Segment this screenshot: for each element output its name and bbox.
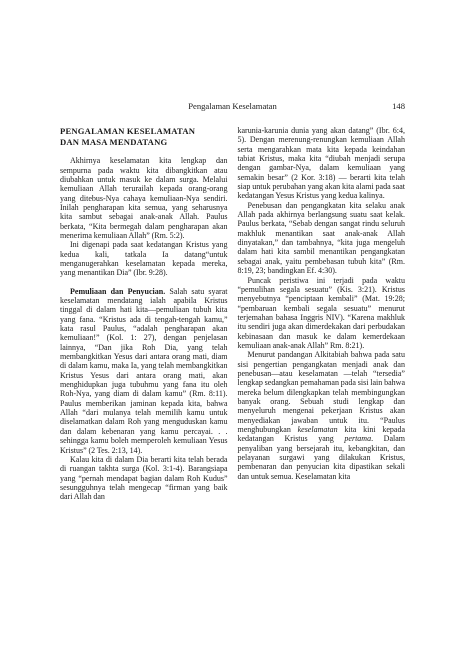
- page-number: 148: [392, 100, 405, 112]
- column-left: PENGALAMAN KESELAMATAN DAN MASA MENDATAN…: [60, 126, 228, 502]
- paragraph: Ini digenapi pada saat kedatangan Kristu…: [60, 240, 228, 277]
- section-heading: PENGALAMAN KESELAMATAN DAN MASA MENDATAN…: [60, 126, 228, 147]
- column-left-paragraphs: Akhirnya keselamatan kita lengkap dan se…: [60, 156, 228, 501]
- section-heading-line1: PENGALAMAN KESELAMATAN: [60, 126, 195, 136]
- paragraph: karunia-karunia dunia yang akan datang” …: [238, 126, 406, 201]
- text-columns: PENGALAMAN KESELAMATAN DAN MASA MENDATAN…: [60, 126, 405, 502]
- running-header: Pengalaman Keselamatan 148: [60, 100, 405, 112]
- section-heading-line2: DAN MASA MENDATANG: [60, 137, 167, 147]
- book-page: Pengalaman Keselamatan 148 PENGALAMAN KE…: [0, 0, 460, 650]
- paragraph: Kalau kita di dalam Dia berarti kita tel…: [60, 455, 228, 502]
- paragraph: Pemuliaan dan Penyucian. Salah satu syar…: [60, 287, 228, 455]
- column-right: karunia-karunia dunia yang akan datang” …: [238, 126, 406, 502]
- running-title: Pengalaman Keselamatan: [60, 100, 405, 112]
- column-right-paragraphs: karunia-karunia dunia yang akan datang” …: [238, 126, 406, 481]
- text-block: Pengalaman Keselamatan 148 PENGALAMAN KE…: [60, 100, 405, 502]
- paragraph: Penebusan dan pengangkatan kita selaku a…: [238, 201, 406, 276]
- paragraph: Puncak peristiwa ini terjadi pada waktu …: [238, 276, 406, 351]
- paragraph: Menurut pandangan Alkitabiah bahwa pada …: [238, 350, 406, 481]
- paragraph: Akhirnya keselamatan kita lengkap dan se…: [60, 156, 228, 240]
